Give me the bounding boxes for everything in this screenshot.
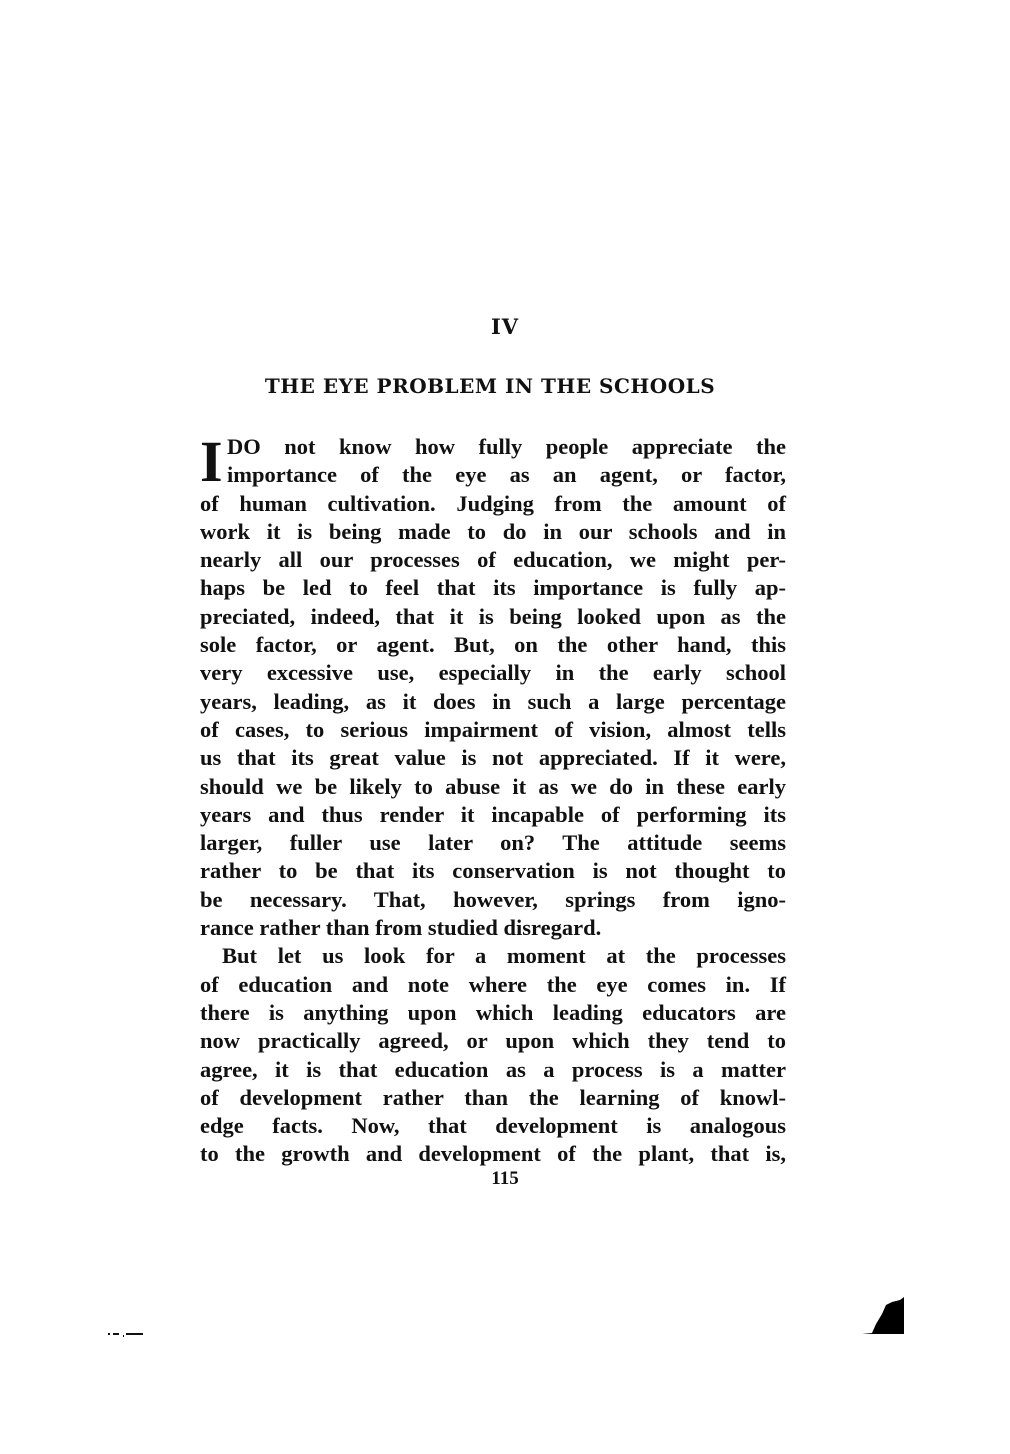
text-line: agree, it is that education as a process… [200, 1056, 786, 1084]
book-page: IV THE EYE PROBLEM IN THE SCHOOLS I DO n… [0, 0, 1010, 1454]
text-line: of human cultivation. Judging from the a… [200, 490, 786, 518]
text-line: of education and note where the eye come… [200, 971, 786, 999]
text-line: edge facts. Now, that development is ana… [200, 1112, 786, 1140]
body-text: I DO not know how fully people appreciat… [200, 433, 786, 1169]
text-line: nearly all our processes of education, w… [200, 546, 786, 574]
text-line: rance rather than from studied disregard… [200, 914, 786, 942]
text-line: to the growth and development of the pla… [200, 1140, 786, 1168]
paragraph-1: I DO not know how fully people appreciat… [200, 433, 786, 942]
text-line: rather to be that its conservation is no… [200, 857, 786, 885]
chapter-title: THE EYE PROBLEM IN THE SCHOOLS [230, 374, 750, 398]
text-line: of development rather than the learning … [200, 1084, 786, 1112]
text-line: us that its great value is not appreciat… [200, 744, 786, 772]
scan-artifact-corner [862, 1296, 906, 1336]
text-line: years and thus render it incapable of pe… [200, 801, 786, 829]
page-number: 115 [0, 1168, 1010, 1190]
text-line: work it is being made to do in our schoo… [200, 518, 786, 546]
text-line: But let us look for a moment at the proc… [200, 942, 786, 970]
text-line: now practically agreed, or upon which th… [200, 1027, 786, 1055]
drop-cap: I [200, 438, 223, 486]
text-line: haps be led to feel that its importance … [200, 574, 786, 602]
text-line: years, leading, as it does in such a lar… [200, 688, 786, 716]
text-line: very excessive use, especially in the ea… [200, 659, 786, 687]
text-line: of cases, to serious impairment of visio… [200, 716, 786, 744]
text-line: be necessary. That, however, springs fro… [200, 886, 786, 914]
paragraph-2: But let us look for a moment at the proc… [200, 942, 786, 1168]
text-line: preciated, indeed, that it is being look… [200, 603, 786, 631]
text-line: there is anything upon which leading edu… [200, 999, 786, 1027]
text-line: importance of the eye as an agent, or fa… [200, 461, 786, 489]
text-line: larger, fuller use later on? The attitud… [200, 829, 786, 857]
scan-artifact-dash [108, 1332, 150, 1336]
text-line: DO not know how fully people appreciate … [200, 433, 786, 461]
text-line: should we be likely to abuse it as we do… [200, 773, 786, 801]
chapter-number: IV [0, 314, 1010, 339]
text-line: sole factor, or agent. But, on the other… [200, 631, 786, 659]
